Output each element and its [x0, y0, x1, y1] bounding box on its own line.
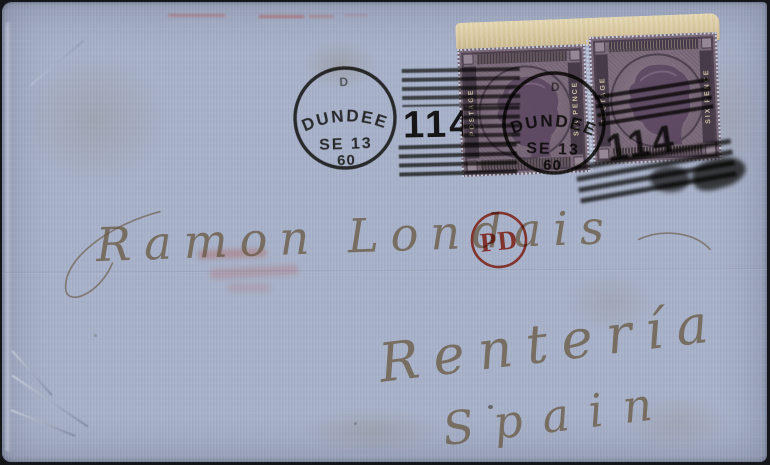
ink-speck-3 — [94, 334, 97, 337]
datestamp-year: 60 — [543, 157, 562, 175]
pen-flourish-tail — [639, 233, 710, 249]
stain-bottom-center — [302, 407, 442, 455]
photo-background: Ramon Londais Rentería Spain PD POSTAGE — [0, 0, 770, 465]
crease-4 — [30, 40, 85, 87]
dundee-datestamp-first-strike: DUNDEE D SE 13 60 — [285, 58, 405, 178]
duplex-numeral-window-1: 114 — [403, 103, 464, 146]
address-line1: Ramon Londais — [94, 200, 616, 272]
datestamp-index-letter: D — [551, 80, 560, 94]
datestamp-index-letter: D — [339, 75, 348, 89]
corner-ornament — [594, 41, 605, 52]
pd-label: PD — [479, 224, 520, 258]
paper-left-edge-highlight — [6, 22, 11, 452]
corner-ornament — [462, 53, 473, 64]
corner-ornament — [569, 49, 580, 60]
address-line2: Rentería — [374, 290, 725, 395]
stain-bottom-right — [622, 392, 732, 452]
address-line3: Spain — [440, 375, 675, 456]
address-block: Ramon Londais Rentería Spain — [66, 200, 725, 456]
stain-mid-right — [562, 270, 658, 334]
corner-ornament — [701, 37, 712, 48]
ink-speck-1 — [488, 405, 493, 409]
cancel-smudge-blob-2 — [650, 166, 690, 192]
stain-top-left — [20, 50, 170, 190]
svg-text:DUNDEE: DUNDEE — [299, 105, 392, 136]
ink-speck-2 — [354, 422, 357, 425]
datestamp-town: DUNDEE — [299, 105, 392, 136]
datestamp-year: 60 — [337, 152, 356, 170]
red-top-streaks — [168, 14, 368, 18]
duplex-numeral-1: 114 — [403, 103, 464, 146]
crease-1 — [11, 374, 88, 427]
pd-paid-mark: PD — [463, 204, 536, 277]
svg-text:DUNDEE: DUNDEE — [508, 110, 601, 141]
envelope-paper: Ramon Londais Rentería Spain PD POSTAGE — [2, 2, 767, 462]
pen-flourish-lead — [66, 212, 160, 298]
horizontal-fold-line — [2, 268, 767, 274]
datestamp-town: DUNDEE — [508, 110, 601, 141]
